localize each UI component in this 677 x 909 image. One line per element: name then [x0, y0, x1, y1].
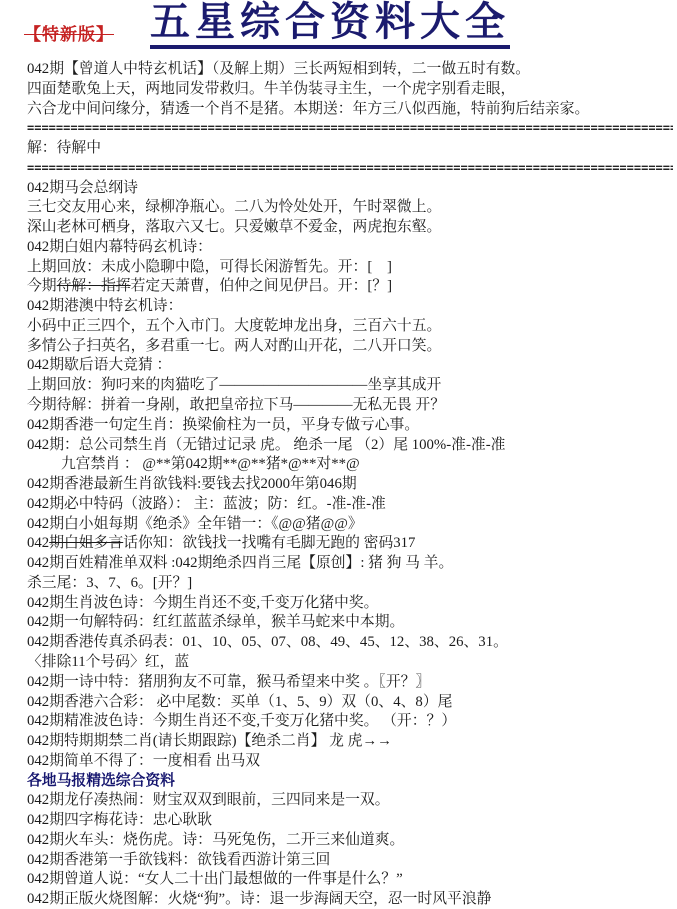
- page-header: 【特新版】 五星综合资料大全: [0, 0, 677, 58]
- text-line: 六合龙中间问缘分，猜透一个肖不是猪。本期送：年方三八似西施，特前狗后结亲家。: [27, 100, 673, 120]
- plain-text: 042: [27, 535, 49, 551]
- text-line: 042期香港六合彩： 必中尾数：买单（1、5、9）双（0、4、8）尾: [27, 693, 673, 713]
- plain-text: 话你知：欲钱找一找嘴有毛脚无跑的 密码317: [123, 535, 415, 551]
- struck-text: 待解：指挥: [57, 278, 131, 294]
- text-line: 042期简单不得了：一度相看 出马双: [27, 752, 673, 772]
- section-heading: 各地马报精选综合资料: [27, 772, 673, 792]
- struck-text: 期白姐多言: [49, 535, 123, 551]
- text-line: 042期白姐内幕特码玄机诗：: [27, 238, 673, 258]
- text-line: 杀三尾：3、7、6。[开？]: [27, 574, 673, 594]
- text-line: 三七交友用心来，绿柳净瓶心。二八为怜处处开，午时翠微上。: [27, 198, 673, 218]
- text-line: 042期特期期禁二肖(请长期跟踪)【绝杀二肖】 龙 虎→→: [27, 732, 673, 752]
- text-line: 解：待解中: [27, 139, 673, 159]
- text-line: 042期龙仔凑热闹：财宝双双到眼前，三四同来是一双。: [27, 791, 673, 811]
- text-line: 042期白小姐每期《绝杀》全年错一：《@@猪@@》: [27, 515, 673, 535]
- text-line: 042期精准波色诗：今期生肖还不变,千变万化猪中奖。 （开：？）: [27, 712, 673, 732]
- text-line: 上期回放：狗叼来的肉猫吃了——————————坐享其成开: [27, 376, 673, 396]
- text-line: 042期香港第一手欲钱料：欲钱看西游计第三回: [27, 851, 673, 871]
- text-line: 042期白姐多言话你知：欲钱找一找嘴有毛脚无跑的 密码317: [27, 534, 673, 554]
- text-line: 042期正版火烧图解：火烧“狗”。诗：退一步海阔天空，忍一时风平浪静: [27, 890, 673, 909]
- separator-line: ========================================…: [27, 119, 673, 139]
- text-line: 042期生肖波色诗：今期生肖还不变,千变万化猪中奖。: [27, 594, 673, 614]
- text-line: 多情公子扫英名，多君重一七。两人对酌山开花，二八开口笑。: [27, 337, 673, 357]
- text-line: 042期必中特码（波路）： 主：蓝波；防：红。-准-准-准: [27, 495, 673, 515]
- text-line: 042期港澳中特玄机诗：: [27, 297, 673, 317]
- text-line: 042期曾道人说：“女人二十出门最想做的一件事是什么？”: [27, 870, 673, 890]
- edition-badge: 【特新版】: [24, 20, 114, 45]
- text-line: 042期四字梅花诗：忠心耿耿: [27, 811, 673, 831]
- text-line: 小码中正三四个，五个入市门。大度乾坤龙出身，三百六十五。: [27, 317, 673, 337]
- plain-text: 今期: [27, 278, 57, 294]
- text-line: 042期一句解特码：红红蓝蓝杀绿单，猴羊马蛇来中本期。: [27, 613, 673, 633]
- text-line: 042期一诗中特：猪朋狗友不可靠，猴马希望来中奖 。〖开？〗: [27, 673, 673, 693]
- text-line: 042期火车头：烧伤虎。诗：马死兔伤，二开三来仙道爽。: [27, 831, 673, 851]
- separator-line: ========================================…: [27, 159, 673, 179]
- text-line: 042期香港最新生肖欲钱料:要钱去找2000年第046期: [27, 475, 673, 495]
- text-line: 042期歇后语大竞猜 ：: [27, 356, 673, 376]
- text-line: 042期百姓精准单双料 :042期绝杀四肖三尾【原创】: 猪 狗 马 羊。: [27, 554, 673, 574]
- text-line: 042期：总公司禁生肖（无错过记录 虎。 绝杀一尾 （2）尾 100%-准-准-…: [27, 436, 673, 456]
- text-line: 四面楚歌兔上天，两地同发带救归。牛羊伪装寻主生，一个虎字别看走眼，: [27, 80, 673, 100]
- text-line: 〈排除11个号码〉红，蓝: [27, 653, 673, 673]
- text-line: 042期香港传真杀码表：01、10、05、07、08、49、45、12、38、2…: [27, 633, 673, 653]
- text-line: 042期【曾道人中特玄机话】（及解上期）三长两短相到转，二一做五时有数。: [27, 60, 673, 80]
- text-line: 上期回放：未成小隐聊中隐，可得长闲游暂先。开：[ ]: [27, 258, 673, 278]
- plain-text: 若定天萧曹，伯仲之间见伊吕。开：[？]: [131, 278, 392, 294]
- page-title: 五星综合资料大全: [150, 0, 510, 49]
- content-lines: 042期【曾道人中特玄机话】（及解上期）三长两短相到转，二一做五时有数。四面楚歌…: [0, 58, 677, 909]
- page: 【特新版】 五星综合资料大全 042期【曾道人中特玄机话】（及解上期）三长两短相…: [0, 0, 677, 909]
- text-line: 042期马会总纲诗: [27, 179, 673, 199]
- text-line: 今期待解：指挥若定天萧曹，伯仲之间见伊吕。开：[？]: [27, 277, 673, 297]
- text-line: 今期待解：拼着一身剐，敢把皇帝拉下马————无私无畏 开？: [27, 396, 673, 416]
- text-line: 深山老林可栖身，落取六又七。只爱嫩草不爱金，两虎抱东壑。: [27, 218, 673, 238]
- text-line: 九宫禁肖 ： @**第042期**@**猪*@**对**@: [27, 455, 673, 475]
- text-line: 042期香港一句定生肖：换梁偷柱为一员，平身专做亏心事。: [27, 416, 673, 436]
